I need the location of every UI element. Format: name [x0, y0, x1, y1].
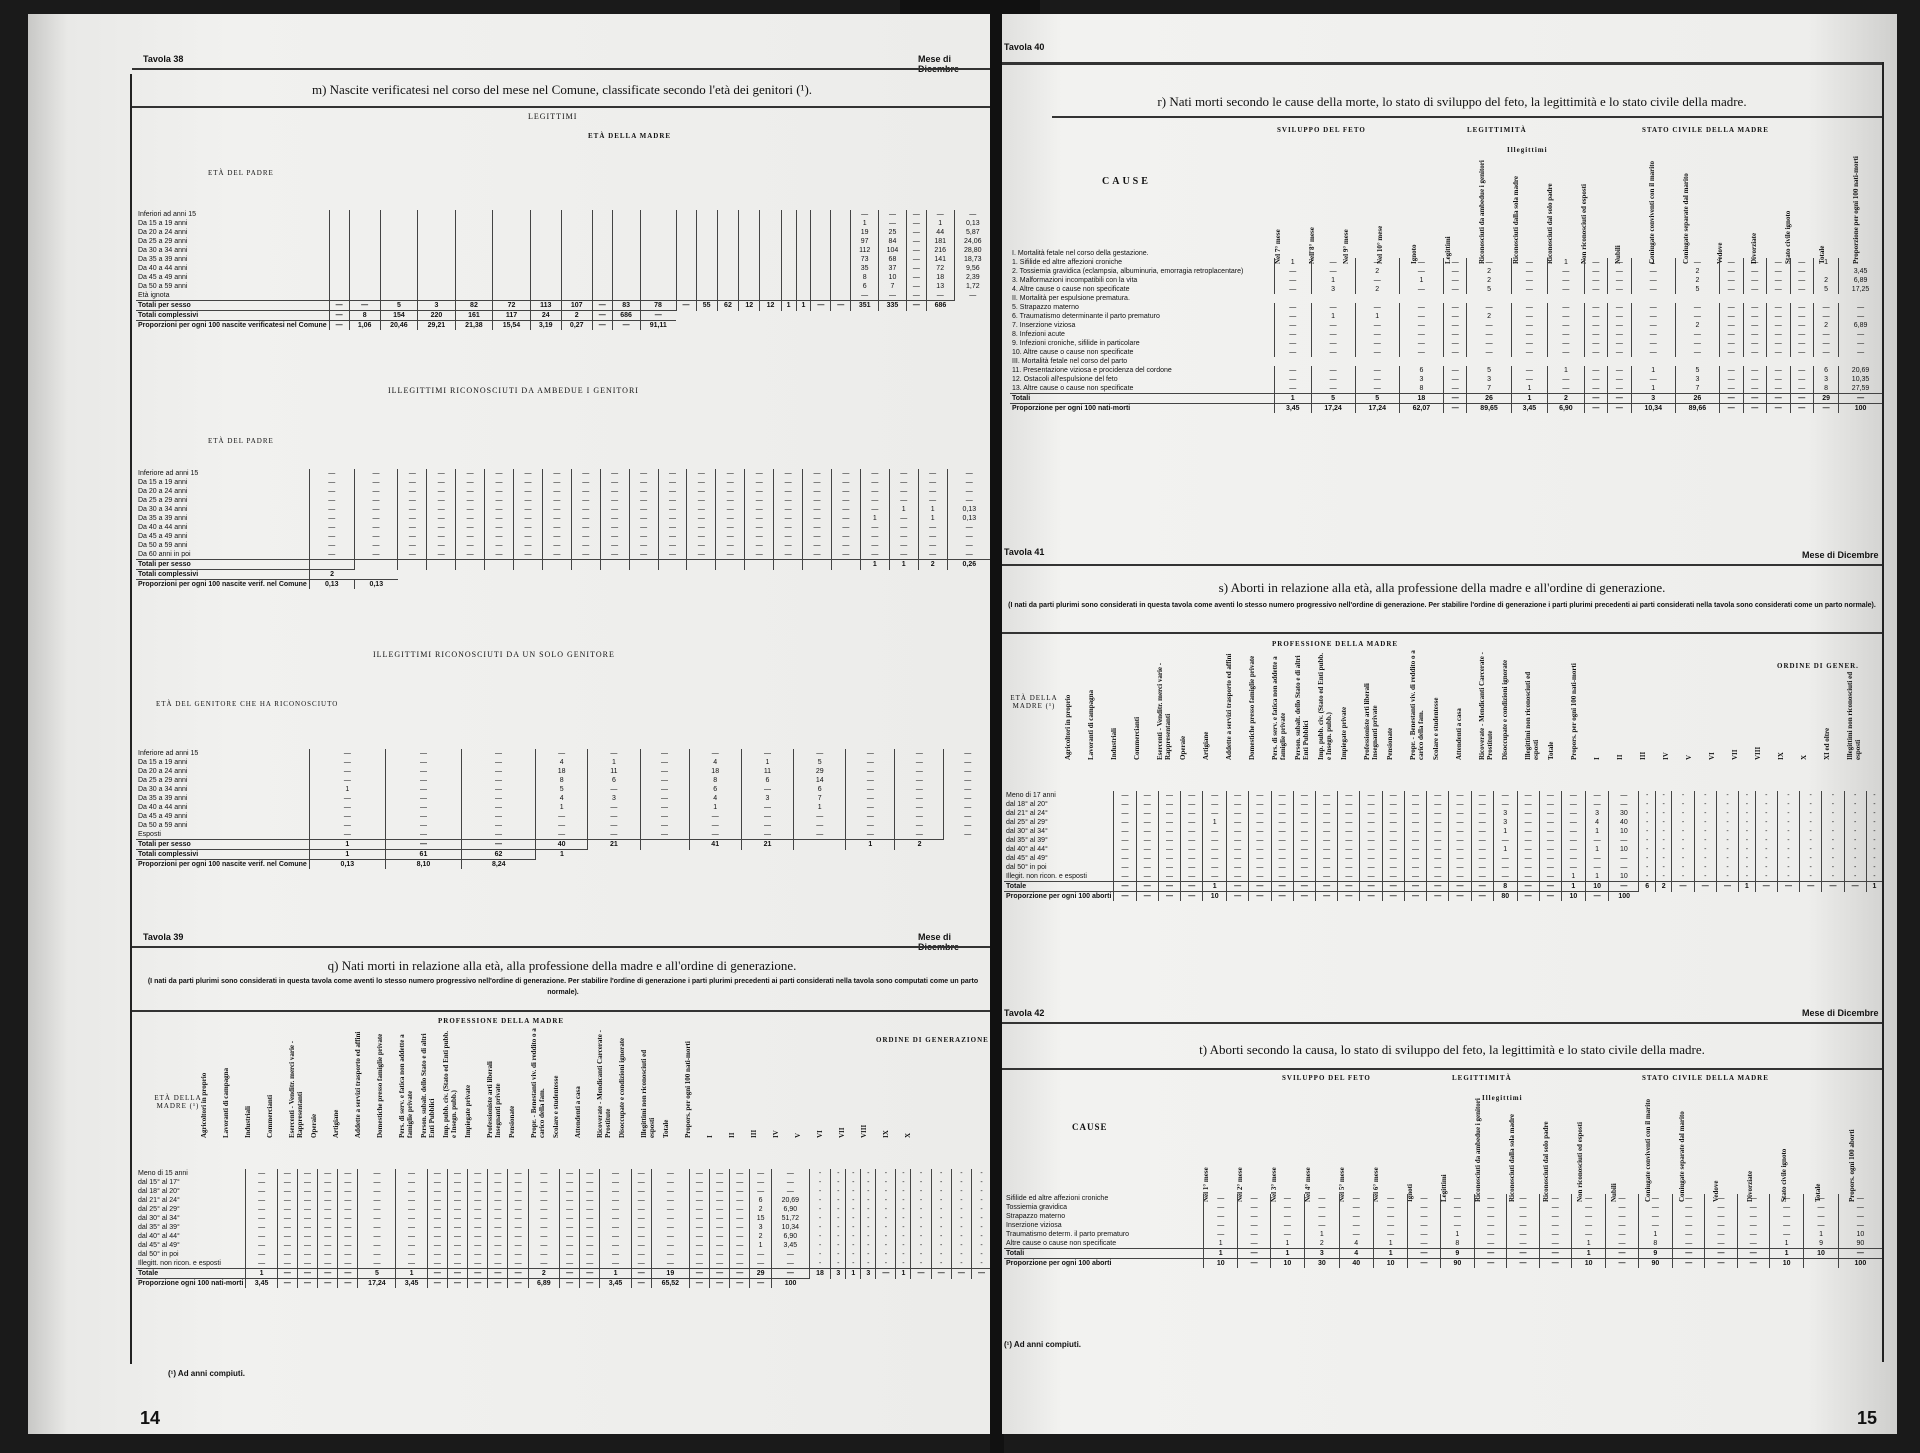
table-cell: 89,65: [1467, 404, 1511, 414]
illegittimi-un-genitore-table: Inferiore ad anni 15————————————Da 15 a …: [136, 749, 991, 869]
table-cell: —: [309, 523, 354, 532]
table-cell: -: [931, 1241, 951, 1250]
table-cell: -: [1655, 845, 1672, 854]
row-label: dal 35° al 39°: [1004, 836, 1114, 845]
table-cell: —: [318, 1187, 338, 1196]
table-cell: —: [468, 1214, 488, 1223]
table-cell: —: [1136, 800, 1158, 809]
table-cell: —: [1158, 845, 1180, 854]
table-cell: —: [918, 550, 947, 560]
table-cell: —: [658, 469, 687, 478]
table-cell: 3: [1585, 809, 1609, 818]
table-cell: —: [1114, 827, 1136, 836]
table-cell: [717, 219, 738, 228]
table-cell: —: [1585, 791, 1609, 800]
table-cell: -: [876, 1187, 896, 1196]
table-row: Da 15 a 19 anni———41—415———: [136, 758, 991, 767]
table-cell: 68: [879, 255, 907, 264]
column-header: Riconosciuti da ambedue i genitori: [1474, 1092, 1506, 1202]
table-cell: —: [1517, 836, 1539, 845]
table-cell: —: [1311, 267, 1355, 276]
table-cell: —: [1271, 800, 1293, 809]
table-cell: —: [354, 514, 398, 523]
table-cell: —: [1399, 258, 1443, 267]
table-cell: [811, 228, 831, 237]
column-header: Nel 5° mese: [1338, 1092, 1370, 1202]
table-cell: -: [1844, 800, 1866, 809]
row-label: Totali complessivi: [136, 850, 309, 860]
table-cell: —: [1539, 882, 1561, 892]
table-cell: 3: [1311, 285, 1355, 294]
row-label: Proporzione per ogni 100 aborti: [1004, 892, 1114, 902]
table-cell: 14: [794, 776, 846, 785]
row-label: Meno di 15 anni: [136, 1169, 246, 1178]
table-cell: —: [1270, 1221, 1304, 1230]
table-cell: [640, 228, 676, 237]
t41-rule: [1002, 564, 1882, 566]
table-cell: —: [846, 812, 895, 821]
table-cell: —: [1338, 863, 1360, 872]
row-label: dal 50° in poi: [1004, 863, 1114, 872]
table-cell: —: [1408, 1212, 1440, 1221]
table-cell: —: [1743, 339, 1767, 348]
table-cell: -: [1866, 800, 1882, 809]
table-cell: —: [741, 812, 793, 821]
table-cell: —: [1315, 863, 1337, 872]
table-cell: —: [600, 469, 629, 478]
table-cell: —: [1631, 330, 1675, 339]
table-cell: -: [809, 1250, 831, 1259]
table-cell: —: [1382, 791, 1404, 800]
table-cell: 1: [1866, 882, 1882, 892]
table-cell: —: [1136, 836, 1158, 845]
table-cell: —: [1275, 321, 1312, 330]
table-cell: -: [1822, 827, 1844, 836]
table-cell: -: [1739, 827, 1756, 836]
table-cell: [760, 291, 781, 301]
table-cell: —: [427, 1214, 447, 1223]
column-header: Esercenti - Venditr. merci varie - Rappr…: [288, 1028, 308, 1138]
table-cell: [831, 255, 851, 264]
table-cell: —: [1705, 1194, 1737, 1203]
table-cell: —: [1339, 1212, 1373, 1221]
table-cell: 5: [1355, 394, 1399, 404]
table-cell: —: [1249, 836, 1271, 845]
group-professione-madre: PROFESSIONE DELLA MADRE: [438, 1017, 564, 1025]
row-label: Da 25 a 29 anni: [136, 496, 309, 505]
table-cell: —: [354, 550, 398, 560]
table-cell: [811, 210, 831, 219]
table-cell: [774, 560, 803, 570]
row-label: dal 45° al 49°: [136, 1241, 246, 1250]
table-cell: —: [774, 487, 803, 496]
table-cell: 10: [1769, 1259, 1803, 1269]
table-cell: 0,13: [354, 580, 398, 590]
table-cell: [329, 237, 349, 246]
table-cell: —: [944, 749, 991, 758]
table-cell: 3: [588, 794, 640, 803]
table-cell: [455, 246, 493, 255]
row-label: Proporzione per ogni 100 nati-morti: [1010, 404, 1275, 414]
table-row: Totali per sesso1120,26: [136, 560, 991, 570]
table-cell: —: [676, 301, 696, 311]
t41-row-header: ETÀ DELLA MADRE (¹): [1004, 694, 1064, 710]
table-cell: —: [571, 496, 600, 505]
table-cell: —: [895, 803, 944, 812]
table-cell: -: [1777, 854, 1799, 863]
table-cell: —: [508, 1187, 528, 1196]
table-cell: 1: [1769, 1249, 1803, 1259]
table-cell: 686: [926, 301, 954, 311]
table-cell: 1: [1631, 384, 1675, 394]
table-cell: —: [277, 1223, 297, 1232]
table-cell: 1: [860, 514, 889, 523]
table-cell: —: [1584, 303, 1608, 312]
table-cell: —: [895, 794, 944, 803]
table-cell: —: [1339, 1203, 1373, 1212]
table-cell: 1: [741, 758, 793, 767]
row-label: dal 21° al 24°: [136, 1196, 246, 1205]
table-cell: —: [246, 1187, 277, 1196]
row-header-genitore: ETÀ DEL GENITORE CHE HA RICONOSCIUTO: [156, 700, 338, 708]
table-cell: —: [640, 767, 689, 776]
table-cell: —: [771, 1259, 809, 1269]
table-cell: 1: [1548, 258, 1585, 267]
table-cell: —: [309, 803, 385, 812]
table-cell: —: [1181, 845, 1203, 854]
table-cell: -: [911, 1169, 931, 1178]
table-cell: 29: [794, 767, 846, 776]
table-cell: -: [809, 1187, 831, 1196]
row-label: dal 21° al 24°: [1004, 809, 1114, 818]
table-cell: —: [745, 550, 774, 560]
table-row: dal 30° al 34°—————————————————————1551,…: [136, 1214, 991, 1223]
table-cell: —: [358, 1178, 396, 1187]
row-label: Illegit. non ricon. e esposti: [1004, 872, 1114, 882]
row-label: Totali: [1004, 1249, 1204, 1259]
table-cell: —: [277, 1169, 297, 1178]
table-cell: 8: [851, 273, 879, 282]
table-cell: —: [1631, 339, 1675, 348]
table-cell: —: [580, 1279, 600, 1289]
table-cell: —: [1511, 348, 1548, 357]
table-cell: —: [358, 1259, 396, 1269]
table-cell: —: [1767, 267, 1791, 276]
table-cell: —: [358, 1223, 396, 1232]
column-header: VI: [816, 1028, 836, 1138]
table-row: 2. Tossiemia gravidica (eclampsia, album…: [1010, 267, 1882, 276]
table-cell: —: [860, 523, 889, 532]
table-cell: —: [1743, 285, 1767, 294]
table-cell: 3: [418, 301, 456, 311]
table-cell: —: [1609, 882, 1639, 892]
table-cell: [349, 246, 380, 255]
table-cell: -: [831, 1259, 846, 1269]
table-cell: —: [1373, 1221, 1407, 1230]
table-cell: —: [631, 1259, 651, 1269]
table-cell: —: [689, 1223, 709, 1232]
table-cell: —: [318, 1279, 338, 1289]
table-cell: -: [846, 1178, 861, 1187]
table-cell: [696, 246, 717, 255]
table-cell: [418, 210, 456, 219]
table-cell: [349, 255, 380, 264]
table-cell: —: [1539, 1212, 1571, 1221]
table-cell: —: [1181, 882, 1203, 892]
table-cell: —: [1838, 1249, 1882, 1259]
table-row: 10. Altre cause o cause non specificate—…: [1010, 348, 1882, 357]
table-cell: -: [846, 1196, 861, 1205]
table-cell: —: [1705, 1249, 1737, 1259]
table-cell: —: [1382, 845, 1404, 854]
table-cell: —: [246, 1196, 277, 1205]
table-cell: —: [318, 1269, 338, 1279]
table-cell: —: [1511, 312, 1548, 321]
table-cell: 51,72: [771, 1214, 809, 1223]
table-row: 13. Altre cause o cause non specificate—…: [1010, 384, 1882, 394]
table-cell: 0,26: [947, 560, 991, 570]
table-cell: —: [1471, 872, 1493, 882]
table-cell: 1: [860, 560, 889, 570]
table-cell: —: [1158, 882, 1180, 892]
table-cell: —: [631, 1178, 651, 1187]
table-cell: 1: [1355, 312, 1399, 321]
table-cell: —: [1293, 845, 1315, 854]
table-cell: 35: [851, 264, 879, 273]
table-cell: —: [1449, 791, 1471, 800]
table-cell: —: [716, 532, 745, 541]
table-cell: -: [1694, 791, 1716, 800]
table-cell: —: [528, 1250, 559, 1259]
table-cell: —: [1315, 827, 1337, 836]
table-cell: —: [1539, 1259, 1571, 1269]
table-row: dal 45° al 49°—————————————————————13,45…: [136, 1241, 991, 1250]
table-cell: —: [1737, 1203, 1769, 1212]
table-cell: [612, 228, 640, 237]
table-cell: —: [600, 1178, 631, 1187]
table-cell: —: [794, 749, 846, 758]
table-cell: —: [889, 541, 918, 550]
table-cell: —: [297, 1169, 317, 1178]
column-header: Operaie: [1179, 650, 1200, 760]
table-cell: —: [689, 1241, 709, 1250]
table-cell: —: [580, 1178, 600, 1187]
table-cell: —: [1511, 258, 1548, 267]
table-cell: -: [896, 1232, 911, 1241]
table-cell: 686: [612, 311, 640, 321]
table-cell: 6: [588, 776, 640, 785]
table-cell: -: [1866, 827, 1882, 836]
table-cell: 82: [455, 301, 493, 311]
table-cell: —: [1338, 800, 1360, 809]
table-cell: —: [1227, 882, 1249, 892]
table-cell: —: [385, 794, 461, 803]
table-cell: —: [1271, 827, 1293, 836]
table-cell: 104: [879, 246, 907, 255]
table-cell: 117: [493, 311, 531, 321]
table-cell: [676, 264, 696, 273]
table-cell: —: [1814, 404, 1839, 414]
table-cell: —: [488, 1269, 508, 1279]
table-cell: —: [906, 273, 926, 282]
table-cell: [592, 264, 612, 273]
table-cell: —: [398, 550, 427, 560]
table-row: Da 50 a 59 anni————————————: [136, 821, 991, 830]
table-cell: —: [1399, 312, 1443, 321]
column-header: Nel 10° mese: [1376, 154, 1408, 264]
table-cell: —: [631, 1232, 651, 1241]
table-cell: —: [1158, 827, 1180, 836]
table-cell: —: [542, 496, 571, 505]
table-cell: —: [895, 749, 944, 758]
table-cell: 18: [926, 273, 954, 282]
table-cell: [349, 282, 380, 291]
table-cell: -: [951, 1223, 971, 1232]
column-header: Commercianti: [1133, 650, 1154, 760]
table-cell: —: [1275, 339, 1312, 348]
table-cell: [803, 560, 832, 570]
table-cell: —: [906, 246, 926, 255]
row-label: Esposti: [136, 830, 309, 840]
table-cell: —: [954, 291, 991, 301]
table-cell: [696, 291, 717, 301]
table-cell: —: [629, 541, 658, 550]
section-illegittimi-ambedue: ILLEGITTIMI RICONOSCIUTI DA AMBEDUE I GE…: [388, 386, 639, 395]
table-cell: 10: [1373, 1259, 1407, 1269]
table-cell: —: [1737, 1221, 1769, 1230]
table-cell: —: [580, 1187, 600, 1196]
table-row: dal 50° in poi———————————————————————---…: [1004, 863, 1882, 872]
table-cell: —: [1548, 276, 1585, 285]
row-label: Inferiori ad anni 15: [136, 210, 329, 219]
table-cell: —: [750, 1178, 772, 1187]
table-cell: —: [427, 550, 456, 560]
table-row: dal 18° al 20°———————————————————————---…: [136, 1187, 991, 1196]
table-row: Esposti————————————: [136, 830, 991, 840]
table-cell: 21,38: [455, 321, 493, 331]
table-cell: [493, 228, 531, 237]
table-cell: —: [559, 1241, 579, 1250]
table-cell: —: [1315, 791, 1337, 800]
table-cell: —: [1373, 1212, 1407, 1221]
table-cell: —: [1562, 863, 1586, 872]
table-cell: —: [1606, 1194, 1638, 1203]
table-cell: —: [456, 487, 485, 496]
row-label: Da 45 a 49 anni: [136, 812, 309, 821]
table-cell: —: [689, 749, 741, 758]
table-cell: —: [709, 1259, 729, 1269]
table-cell: —: [1814, 348, 1839, 357]
table-cell: —: [1181, 827, 1203, 836]
table-row: Da 35 a 39 anni——————————————————1—10,13: [136, 514, 991, 523]
table-cell: —: [1804, 1203, 1838, 1212]
table-cell: -: [846, 1259, 861, 1269]
table-row: Da 45 a 49 anni————————————: [136, 812, 991, 821]
table-cell: —: [309, 487, 354, 496]
table-cell: 30: [1609, 809, 1639, 818]
table-cell: 2: [1675, 321, 1719, 330]
table-cell: [455, 273, 493, 282]
column-header: Divorziate: [1746, 1092, 1778, 1202]
table-cell: —: [1743, 384, 1767, 394]
table-cell: —: [1511, 285, 1548, 294]
table-cell: 6,90: [771, 1205, 809, 1214]
table-cell: —: [1443, 366, 1467, 375]
table-cell: —: [745, 478, 774, 487]
table-cell: [349, 228, 380, 237]
table-cell: —: [1114, 800, 1136, 809]
table-cell: -: [1672, 818, 1694, 827]
table-cell: —: [1249, 809, 1271, 818]
row-label: 6. Traumatismo determinante il parto pre…: [1010, 312, 1275, 321]
table-cell: 3: [1675, 375, 1719, 384]
table-cell: —: [730, 1279, 750, 1289]
table-cell: -: [861, 1187, 876, 1196]
table-cell: —: [1585, 800, 1609, 809]
table-row: I. Mortalità fetale nel corso della gest…: [1010, 249, 1882, 258]
table-cell: -: [1800, 863, 1822, 872]
table-cell: —: [716, 541, 745, 550]
table-cell: [493, 291, 531, 301]
table-cell: —: [1271, 845, 1293, 854]
table-row: Da 30 a 34 anni———————————————————110,13: [136, 505, 991, 514]
table-cell: [796, 264, 811, 273]
table-cell: —: [385, 785, 461, 794]
table-cell: 2: [561, 311, 592, 321]
table-cell: —: [1427, 827, 1449, 836]
table-cell: [530, 228, 561, 237]
column-header: Riconosciuti dal solo padre: [1546, 154, 1578, 264]
table-cell: —: [651, 1214, 689, 1223]
column-header: Nel 1° mese: [1202, 1092, 1234, 1202]
table-cell: —: [1471, 800, 1493, 809]
table-cell: 3,45: [1839, 267, 1882, 276]
table-cell: —: [427, 1205, 447, 1214]
table-cell: -: [951, 1205, 971, 1214]
table-cell: —: [1158, 809, 1180, 818]
table-cell: —: [1822, 882, 1844, 892]
table-cell: 3,45: [246, 1279, 277, 1289]
table-cell: 10: [1838, 1230, 1882, 1239]
table-cell: -: [896, 1178, 911, 1187]
table-cell: —: [246, 1250, 277, 1259]
table-cell: 1: [1204, 1239, 1238, 1249]
table-cell: —: [358, 1187, 396, 1196]
table-cell: [676, 291, 696, 301]
table-cell: 1: [846, 1269, 861, 1279]
table-cell: —: [1338, 818, 1360, 827]
table-cell: —: [1719, 303, 1743, 312]
table-cell: —: [918, 496, 947, 505]
row-label: Strapazzo materno: [1004, 1212, 1204, 1221]
table-40: I. Mortalità fetale nel corso della gest…: [1010, 249, 1882, 413]
table-cell: —: [1275, 312, 1312, 321]
row-label: Totali per sesso: [136, 301, 329, 311]
table-cell: -: [1800, 809, 1822, 818]
table-cell: —: [1238, 1230, 1270, 1239]
table-cell: —: [1136, 872, 1158, 882]
table-cell: —: [1673, 1203, 1705, 1212]
table-cell: —: [629, 478, 658, 487]
table-cell: —: [1584, 375, 1608, 384]
table-cell: —: [468, 1196, 488, 1205]
table-cell: -: [1716, 800, 1738, 809]
table-cell: —: [1705, 1259, 1737, 1269]
table-cell: —: [918, 541, 947, 550]
table-cell: —: [918, 487, 947, 496]
table-cell: —: [592, 321, 612, 331]
table-row: Età ignota—————: [136, 291, 991, 301]
